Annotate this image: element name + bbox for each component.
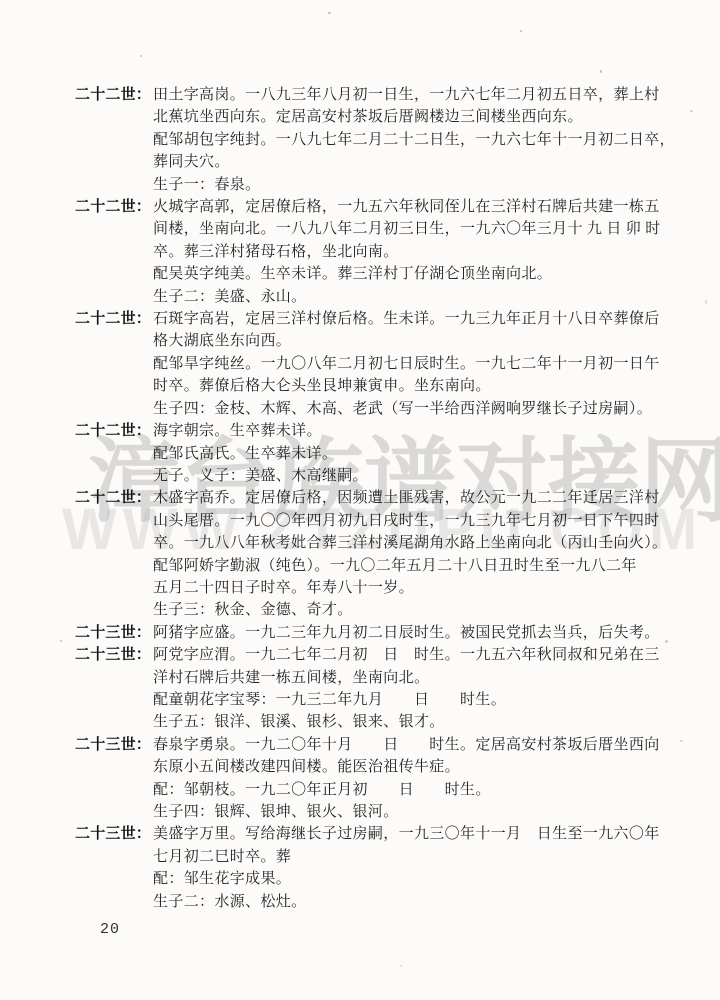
entry-body: 美盛字万里。写给海继长子过房嗣，一九三〇年十一月 日生至一九六〇年七月初二巳时卒… (153, 823, 667, 913)
text-line: 田土字高岗。一八九三年八月初一日生，一九六七年二月初五日卒，葬上村 (153, 84, 667, 106)
text-line: 生子二：美盛、永山。 (153, 286, 667, 308)
text-line: 海字朝宗。生卒葬未详。 (153, 420, 667, 442)
scan-speck (665, 640, 668, 643)
generation-label: 二十二世： (75, 487, 153, 509)
generation-label: 二十三世： (75, 823, 153, 845)
text-line: 生子四：银辉、银坤、银火、银河。 (153, 801, 667, 823)
text-line: 山头尾厝。一九〇〇年四月初九日戌时生，一九三九年七月初一日下午四时 (153, 510, 667, 532)
text-line: 配吴英字纯美。生卒未详。葬三洋村丁仔湖仑顶坐南向北。 (153, 263, 667, 285)
text-line: 配邹旱字纯丝。一九〇八年二月初七日辰时生。一九七二年十一月初一日午 (153, 353, 667, 375)
scan-speck (520, 30, 522, 32)
scanned-genealogy-page: 漳台族谱对接网 WWW.ZTZUPU.COM 二十二世：田土字高岗。一八九三年八… (0, 0, 720, 1000)
entry-body: 阿党字应渭。一九二七年二月初 日 时生。一九五六年秋同叔和兄弟在三洋村石牌后共建… (153, 644, 667, 734)
generation-label: 二十二世： (75, 196, 153, 218)
generation-label: 二十三世： (75, 644, 153, 666)
page-number: 20 (100, 921, 120, 938)
scan-speck (690, 110, 693, 112)
scan-speck (140, 55, 142, 57)
text-line: 间楼，坐南向北。一八九八年二月初三日生，一九六〇年三月十 九 日 卯 时 (153, 218, 667, 240)
text-line: 春泉字勇泉。一九二〇年十月 日 时生。定居高安村茶坂后厝坐西向 (153, 734, 667, 756)
generation-label: 二十三世： (75, 622, 153, 644)
text-line: 葬同夫穴。 (153, 151, 667, 173)
text-line: 北蕉坑坐西向东。定居高安村茶坂后厝阙楼边三间楼坐西向东。 (153, 106, 667, 128)
text-line: 配邹氏高氏。生卒葬未详。 (153, 443, 667, 465)
text-line: 配：邹朝枝。一九二〇年正月初 日 时生。 (153, 779, 667, 801)
text-line: 阿猪字应盛。一九二三年九月初二日辰时生。被国民党抓去当兵，后失考。 (153, 622, 667, 644)
text-line: 东原小五间楼改建四间楼。能医治祖传牛症。 (153, 756, 667, 778)
text-line: 木盛字高乔。定居僚后格，因频遭土匪残害，故公元一九二二年迁居三洋村 (153, 487, 667, 509)
entry-body: 田土字高岗。一八九三年八月初一日生，一九六七年二月初五日卒，葬上村北蕉坑坐西向东… (153, 84, 667, 196)
scan-speck (680, 740, 683, 742)
text-line: 洋村石牌后共建一栋五间楼，坐南向北。 (153, 667, 667, 689)
text-line: 美盛字万里。写给海继长子过房嗣，一九三〇年十一月 日生至一九六〇年 (153, 823, 667, 845)
scan-speck (705, 300, 707, 304)
text-line: 卒。一九八八年秋考妣合葬三洋村溪尾湖角水路上坐南向北（丙山壬向火）。 (153, 532, 667, 554)
scan-speck (600, 70, 602, 73)
genealogy-entry: 二十三世：阿猪字应盛。一九二三年九月初二日辰时生。被国民党抓去当兵，后失考。 (75, 622, 667, 644)
text-line: 配：邹生花字成果。 (153, 868, 667, 890)
entry-body: 海字朝宗。生卒葬未详。配邹氏高氏。生卒葬未详。无子。义子：美盛、木高继嗣。 (153, 420, 667, 487)
genealogy-entry: 二十二世：火城字高郭，定居僚后格，一九五六年秋同侄儿在三洋村石牌后共建一栋五间楼… (75, 196, 667, 308)
text-line: 石斑字高岩，定居三洋村僚后格。生未详。一九三九年正月十八日卒葬僚后 (153, 308, 667, 330)
text-line: 无子。义子：美盛、木高继嗣。 (153, 465, 667, 487)
text-line: 卒。葬三洋村猪母石格，坐北向南。 (153, 241, 667, 263)
text-line: 配邹阿娇字勤淑（纯色）。一九〇二年五月二十八日丑时生至一九八二年 (153, 555, 667, 577)
generation-label: 二十三世： (75, 734, 153, 756)
scan-speck (328, 12, 331, 14)
text-line: 时卒。葬僚后格大仑头坐艮坤兼寅申。坐东南向。 (153, 375, 667, 397)
text-line: 生子二：水源、松灶。 (153, 891, 667, 913)
text-line: 生子五：银洋、银溪、银杉、银来、银才。 (153, 711, 667, 733)
genealogy-entry: 二十三世：阿党字应渭。一九二七年二月初 日 时生。一九五六年秋同叔和兄弟在三洋村… (75, 644, 667, 734)
genealogy-entry: 二十二世：木盛字高乔。定居僚后格，因频遭土匪残害，故公元一九二二年迁居三洋村山头… (75, 487, 667, 621)
genealogy-entry: 二十三世：美盛字万里。写给海继长子过房嗣，一九三〇年十一月 日生至一九六〇年七月… (75, 823, 667, 913)
entry-body: 木盛字高乔。定居僚后格，因频遭土匪残害，故公元一九二二年迁居三洋村山头尾厝。一九… (153, 487, 667, 621)
entry-body: 春泉字勇泉。一九二〇年十月 日 时生。定居高安村茶坂后厝坐西向东原小五间楼改建四… (153, 734, 667, 824)
text-line: 生子一：春泉。 (153, 174, 667, 196)
entry-body: 火城字高郭，定居僚后格，一九五六年秋同侄儿在三洋村石牌后共建一栋五间楼，坐南向北… (153, 196, 667, 308)
generation-label: 二十二世： (75, 84, 153, 106)
scan-speck (60, 640, 62, 642)
genealogy-entry: 二十三世：春泉字勇泉。一九二〇年十月 日 时生。定居高安村茶坂后厝坐西向东原小五… (75, 734, 667, 824)
text-line: 生子三：秋金、金德、奇才。 (153, 599, 667, 621)
text-line: 火城字高郭，定居僚后格，一九五六年秋同侄儿在三洋村石牌后共建一栋五 (153, 196, 667, 218)
text-line: 阿党字应渭。一九二七年二月初 日 时生。一九五六年秋同叔和兄弟在三 (153, 644, 667, 666)
genealogy-entry: 二十二世：石斑字高岩，定居三洋村僚后格。生未详。一九三九年正月十八日卒葬僚后格大… (75, 308, 667, 420)
text-line: 配邹胡包字纯封。一八九七年二月二十二日生，一九六七年十一月初二日卒， (153, 129, 667, 151)
text-line: 五月二十四日子时卒。年寿八十一岁。 (153, 577, 667, 599)
generation-label: 二十二世： (75, 308, 153, 330)
text-line: 生子四：金枝、木辉、木高、老武（写一半给西洋阙响罗继长子过房嗣）。 (153, 398, 667, 420)
entries: 二十二世：田土字高岗。一八九三年八月初一日生，一九六七年二月初五日卒，葬上村北蕉… (75, 84, 667, 913)
text-line: 七月初二巳时卒。葬 (153, 846, 667, 868)
genealogy-entry: 二十二世：田土字高岗。一八九三年八月初一日生，一九六七年二月初五日卒，葬上村北蕉… (75, 84, 667, 196)
scan-speck (400, 965, 402, 967)
genealogy-entry: 二十二世：海字朝宗。生卒葬未详。配邹氏高氏。生卒葬未详。无子。义子：美盛、木高继… (75, 420, 667, 487)
entry-body: 石斑字高岩，定居三洋村僚后格。生未详。一九三九年正月十八日卒葬僚后格大湖底坐东向… (153, 308, 667, 420)
text-line: 配童朝花字宝琴：一九三二年九月 日 时生。 (153, 689, 667, 711)
text-line: 格大湖底坐东向西。 (153, 330, 667, 352)
generation-label: 二十二世： (75, 420, 153, 442)
entry-body: 阿猪字应盛。一九二三年九月初二日辰时生。被国民党抓去当兵，后失考。 (153, 622, 667, 644)
